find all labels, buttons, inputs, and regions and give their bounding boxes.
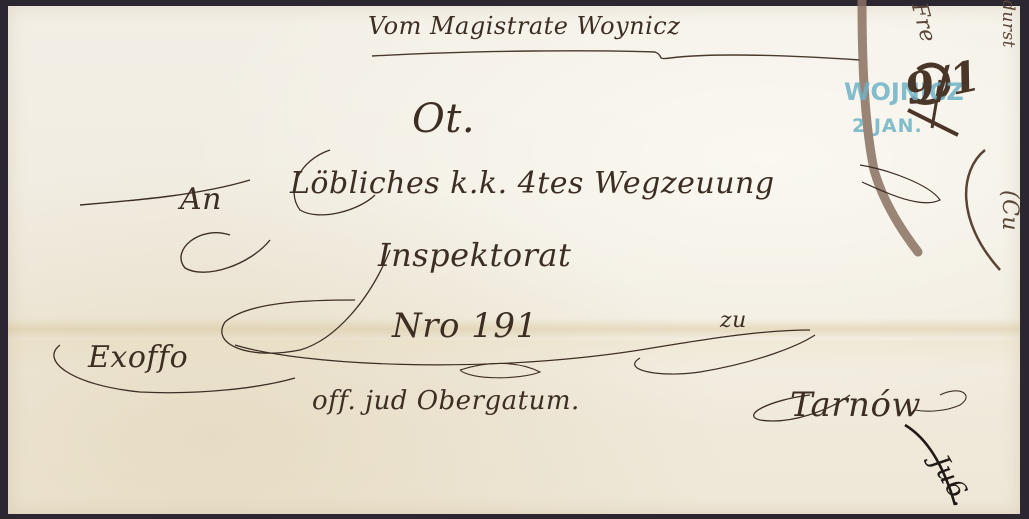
service-note: Exoffo (88, 340, 188, 375)
right-edge-fragment-2: (Cu (997, 190, 1022, 231)
reference-number: Nro 191 (392, 306, 538, 346)
address-line-1: Löbliches k.k. 4tes Wegzeuung (290, 166, 775, 201)
destination: Tarnów (790, 385, 921, 425)
postmark-date: 2 JAN. (852, 115, 923, 137)
service-note-2: off. jud Obergatum. (312, 386, 580, 416)
reference-mark: Ot. (412, 96, 475, 142)
address-line-2: Inspektorat (378, 236, 571, 274)
to-word: zu (720, 308, 747, 333)
right-edge-fragment: durst (998, 0, 1018, 48)
address-prefix: An (180, 182, 222, 217)
sender-line: Vom Magistrate Woynicz (368, 12, 680, 40)
